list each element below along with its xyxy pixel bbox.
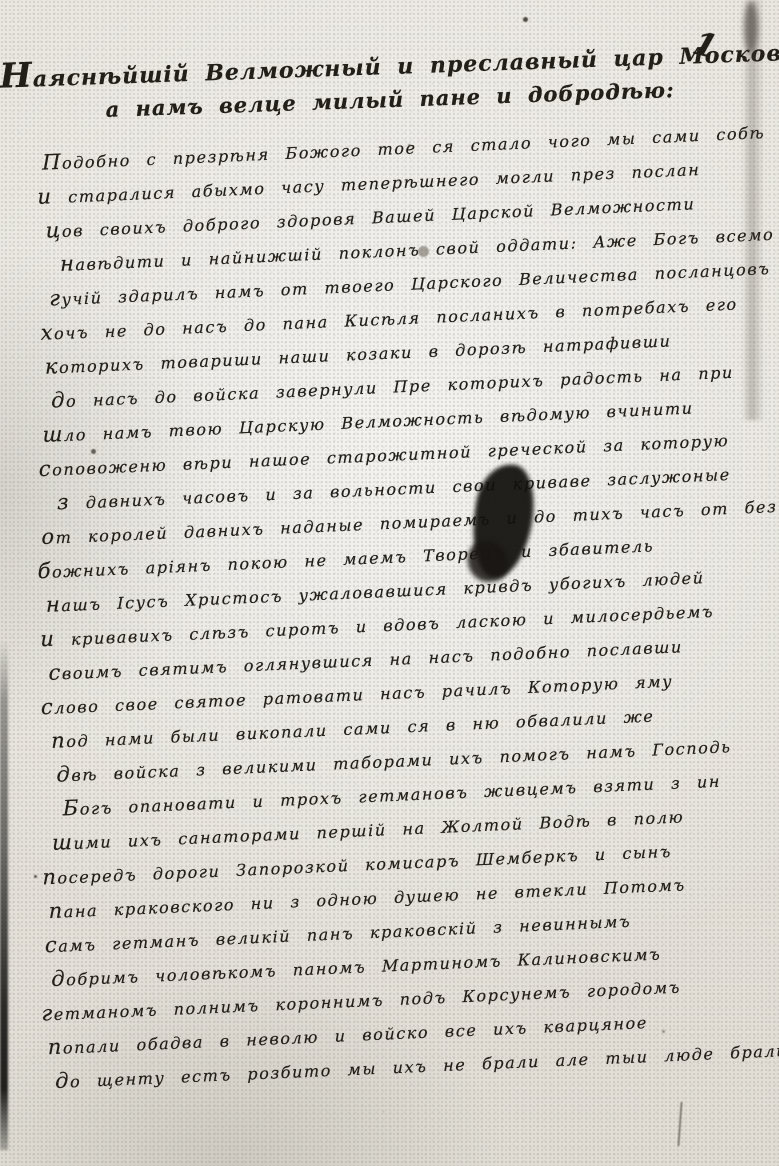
manuscript-page: 1 Наяснѣйшій Велможный и преславный цар …: [0, 0, 779, 1166]
edge-smudge-top-right: [744, 2, 758, 54]
letter-body: Подобно с презрѣня Божого тое ся стало ч…: [34, 114, 779, 1099]
letter-heading: Наяснѣйшій Велможный и преславный цар Мо…: [0, 32, 779, 129]
page-edge-shadow-left: [0, 640, 8, 1150]
ink-mark-bottom-right: [677, 1102, 682, 1146]
paper-specks: [418, 246, 429, 257]
paper-crease-right: [742, 0, 764, 420]
